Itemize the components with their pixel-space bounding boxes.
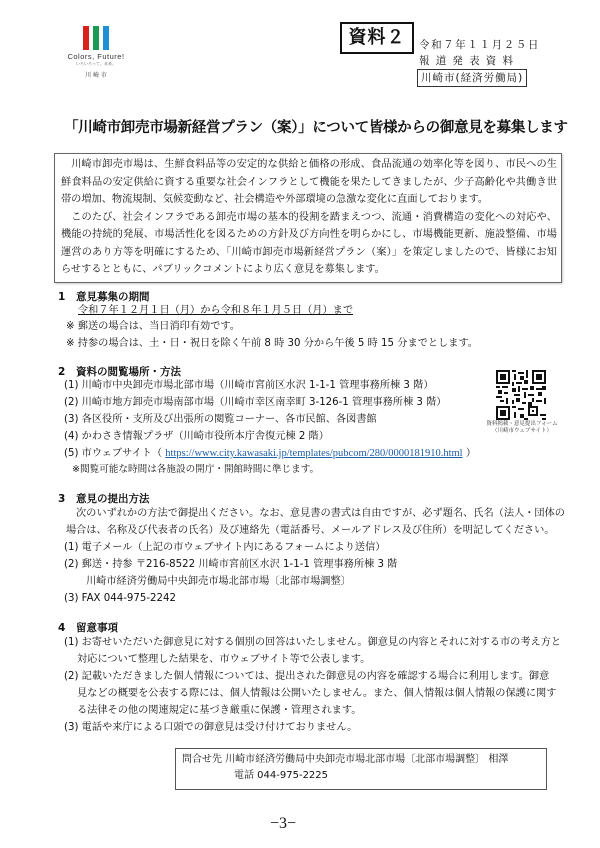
location-item-2: (2) 川崎市地方卸売市場南部市場（川崎市幸区南幸町 3-126-1 管理事務所… <box>64 394 447 412</box>
notice-3: (3) 電話や来庁による口頭での御意見は受け付けておりません。 <box>64 719 357 737</box>
viewing-hours-note: ※閲覧可能な時間は各施設の開庁・開館時間に準じます。 <box>72 461 319 479</box>
note-bring: ※ 持参の場合は、土・日・祝日を除く午前 8 時 30 分から午後 5 時 15… <box>66 335 478 353</box>
city-logo: Colors, Future! いろいろって、未来。 川 崎 市 <box>66 26 126 79</box>
submission-fax: (3) FAX 044-975-2242 <box>64 590 176 608</box>
submission-email: (1) 電子メール（上記の市ウェブサイト内にあるフォームにより送信） <box>64 539 385 557</box>
contact-box: 問合せ先 川崎市経済労働局中央卸売市場北部市場〔北部市場調整〕 相澤 電話 04… <box>175 748 547 790</box>
comment-period: 令和７年１２月１日（月）から令和８年１月５日（月）まで <box>78 302 353 320</box>
note-mail: ※ 郵送の場合は、当日消印有効です。 <box>66 318 240 336</box>
page-number: −3− <box>270 815 296 833</box>
notice-1a: (1) お寄せいただいた御意見に対する個別の回答はいたしません。御意見の内容とそ… <box>64 634 561 652</box>
submission-mail-recipient: 川崎市経済労働局中央卸売市場北部市場〔北部市場調整〕 <box>86 573 351 591</box>
intro-paragraph-1: 川崎市卸売市場は、生鮮食料品等の安定的な供給と価格の形成、食品流通の効率化等を図… <box>61 156 557 209</box>
release-meta: 令和７年１１月２５日 報道発表資料 川崎市(経済労働局) <box>419 37 540 87</box>
logo-bar-green <box>93 26 99 50</box>
section-3-heading: 3意見の提出方法 <box>58 491 150 506</box>
page-title: 「川崎市卸売市場新経営プラン（案）」について皆様からの御意見を募集します <box>64 116 568 137</box>
submission-body-2: 場合は、名称及び代表者の氏名）及び連絡先（電話番号、メールアドレス及び住所）を明… <box>66 522 555 540</box>
submission-body-1: 次のいずれかの方法で御提出ください。なお、意見書の書式は自由ですが、必ず題名、氏… <box>76 505 565 523</box>
intro-box: 川崎市卸売市場は、生鮮食料品等の安定的な供給と価格の形成、食品流通の効率化等を図… <box>54 153 562 283</box>
contact-department: 問合せ先 川崎市経済労働局中央卸売市場北部市場〔北部市場調整〕 相澤 <box>182 752 540 768</box>
logo-tagline-jp: いろいろって、未来。 <box>66 61 126 67</box>
notice-2c: る法律その他の関連規定に基づき厳重に保護・管理されます。 <box>77 702 361 720</box>
logo-city-name: 川 崎 市 <box>66 70 126 79</box>
logo-bar-blue <box>103 26 109 50</box>
notice-2a: (2) 記載いただきました個人情報については、提出された御意見の内容を確認する場… <box>64 668 549 686</box>
location-item-1: (1) 川崎市中央卸売市場北部市場（川崎市宮前区水沢 1-1-1 管理事務所棟 … <box>64 377 434 395</box>
logo-bars-icon <box>66 26 126 50</box>
qr-code-icon[interactable] <box>496 370 546 420</box>
location-item-5: (5) 市ウェブサイト（ https://www.city.kawasaki.j… <box>64 445 476 463</box>
location-item-3: (3) 各区役所・支所及び出張所の閲覧コーナー、各市民館、各図書館 <box>64 411 377 429</box>
issuer: 川崎市(経済労働局) <box>417 69 527 87</box>
qr-caption: 資料掲載・意見提出フォーム （川崎市ウェブサイト） <box>482 421 562 435</box>
logo-tagline-en: Colors, Future! <box>66 52 126 61</box>
intro-paragraph-2: このたび、社会インフラである卸売市場の基本的役割を踏まえつつ、流通・消費構造の変… <box>61 209 557 279</box>
section-4-heading: 4留意事項 <box>58 620 118 635</box>
notice-1b: 対応について整理した結果を、市ウェブサイト等で公表します。 <box>77 651 370 669</box>
release-date: 令和７年１１月２５日 <box>419 37 540 53</box>
release-type: 報道発表資料 <box>419 53 540 69</box>
document-label: 資料２ <box>340 22 414 54</box>
submission-mail: (2) 郵送・持参 〒216-8522 川崎市宮前区水沢 1-1-1 管理事務所… <box>64 556 397 574</box>
contact-phone: 電話 044-975-2225 <box>182 768 540 784</box>
location-item-4: (4) かわさき情報プラザ（川崎市役所本庁舎復元棟 2 階） <box>64 428 329 446</box>
logo-bar-red <box>83 26 89 50</box>
city-website-link[interactable]: https://www.city.kawasaki.jp/templates/p… <box>165 448 462 459</box>
notice-2b: 見などの概要を公表する際には、個人情報は公開いたしません。また、個人情報は個人情… <box>77 685 556 703</box>
